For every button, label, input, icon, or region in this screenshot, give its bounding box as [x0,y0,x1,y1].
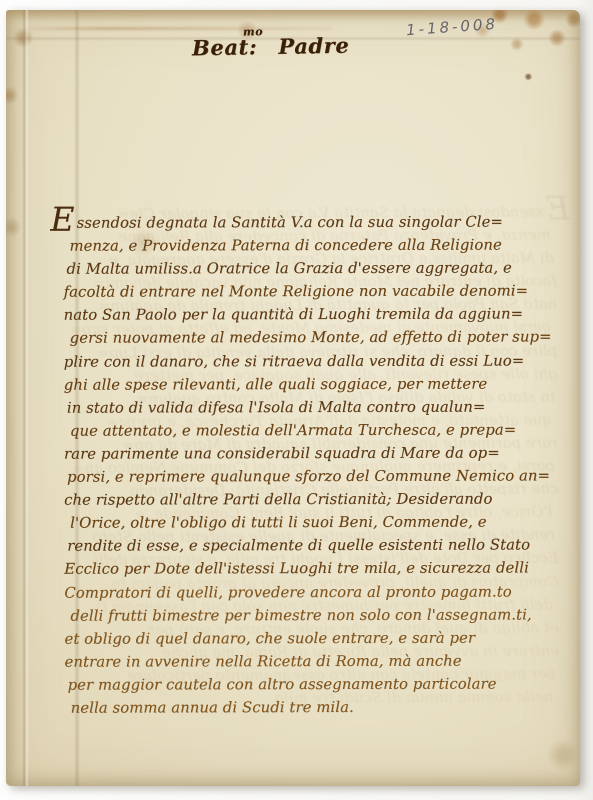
manuscript-line: entrare in avvenire nella Ricetta di Rom… [64,649,580,673]
manuscript-line: porsi, e reprimere qualunque sforzo del … [67,464,583,488]
manuscript-line: rare parimente una considerabil squadra … [64,441,580,465]
manuscript-line: rendite di esse, e specialmente di quell… [67,534,583,558]
catalog-number: 1-18-008 [405,15,498,39]
manuscript-line: Compratori di quelli, provedere ancora a… [64,580,580,604]
salutation-rest: Padre [278,33,349,59]
manuscript-line: plire con il danaro, che si ritraeva dal… [64,349,580,373]
manuscript-page: 1-18-008 Beat:moPadre Essendosi degnata … [6,10,580,786]
manuscript-line: Essendosi degnata la Santità V.a con la … [63,206,579,234]
salutation-superscript: mo [243,25,263,38]
manuscript-line: che rispetto all'altre Parti della Crist… [64,487,580,511]
manuscript-line: gersi nuovamente al medesimo Monte, ad e… [70,326,586,350]
scan-background: 1-18-008 Beat:moPadre Essendosi degnata … [0,0,593,800]
manuscript-line: di Malta umiliss.a Oratrice la Grazia d'… [66,257,582,281]
drop-cap-initial: E [50,211,74,229]
manuscript-line: delli frutti bimestre per bimestre non s… [70,603,586,627]
manuscript-line: nato San Paolo per la quantità di Luoghi… [64,303,580,327]
manuscript-line: facoltà di entrare nel Monte Religione n… [64,280,580,304]
manuscript-line: per maggior cautela con altro assegnamen… [68,672,584,696]
manuscript-line: in stato di valida difesa l'Isola di Mal… [67,395,583,419]
manuscript-line: Ecclico per Dote dell'istessi Luoghi tre… [64,557,580,581]
manuscript-line: et obligo di quel danaro, che suole entr… [64,626,580,650]
fold-crease-left [22,10,29,786]
manuscript-line: ghi alle spese rilevanti, alle quali sog… [64,372,580,396]
manuscript-line: que attentato, e molestia dell'Armata Tu… [70,418,586,442]
manuscript-line: l'Orice, oltre l'obligo di tutti li suoi… [70,511,586,535]
letter-body: Essendosi degnata la Santità V.a con la … [63,206,580,719]
salutation: Beat:moPadre [192,33,350,61]
manuscript-line: menza, e Providenza Paterna di concedere… [69,233,585,257]
top-edge-stain [10,27,331,30]
manuscript-line: nella somma annua di Scudi tre mila. [71,695,587,719]
